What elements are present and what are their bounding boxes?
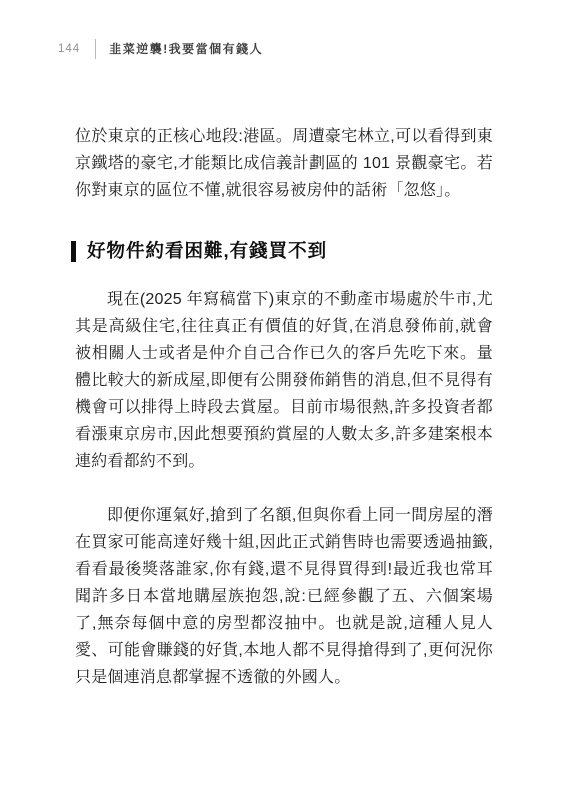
paragraph-block-3: 即便你運氣好,搶到了名額,但與你看上同一間房屋的潛在買家可能高達好幾十組,因此正… <box>75 502 493 691</box>
book-title: 韭菜逆襲!我要當個有錢人 <box>109 38 263 60</box>
header-divider <box>95 39 96 59</box>
section-heading-text: 好物件約看困難,有錢買不到 <box>87 240 327 262</box>
paragraph-block-1: 位於東京的正核心地段:港區。周遭豪宅林立,可以看得到東京鐵塔的豪宅,才能類比成信… <box>75 123 493 204</box>
paragraph-2: 現在(2025 年寫稿當下)東京的不動產市場處於牛市,尤其是高級住宅,往往真正有… <box>75 286 493 475</box>
heading-bar-icon <box>71 241 76 262</box>
paragraph-block-2: 現在(2025 年寫稿當下)東京的不動產市場處於牛市,尤其是高級住宅,往往真正有… <box>75 286 493 475</box>
running-header: 144 韭菜逆襲!我要當個有錢人 <box>58 38 263 60</box>
book-page: 144 韭菜逆襲!我要當個有錢人 位於東京的正核心地段:港區。周遭豪宅林立,可以… <box>0 0 564 800</box>
paragraph-1: 位於東京的正核心地段:港區。周遭豪宅林立,可以看得到東京鐵塔的豪宅,才能類比成信… <box>75 123 493 204</box>
section-heading: 好物件約看困難,有錢買不到 <box>71 240 327 262</box>
page-number: 144 <box>58 38 80 60</box>
paragraph-3: 即便你運氣好,搶到了名額,但與你看上同一間房屋的潛在買家可能高達好幾十組,因此正… <box>75 502 493 691</box>
